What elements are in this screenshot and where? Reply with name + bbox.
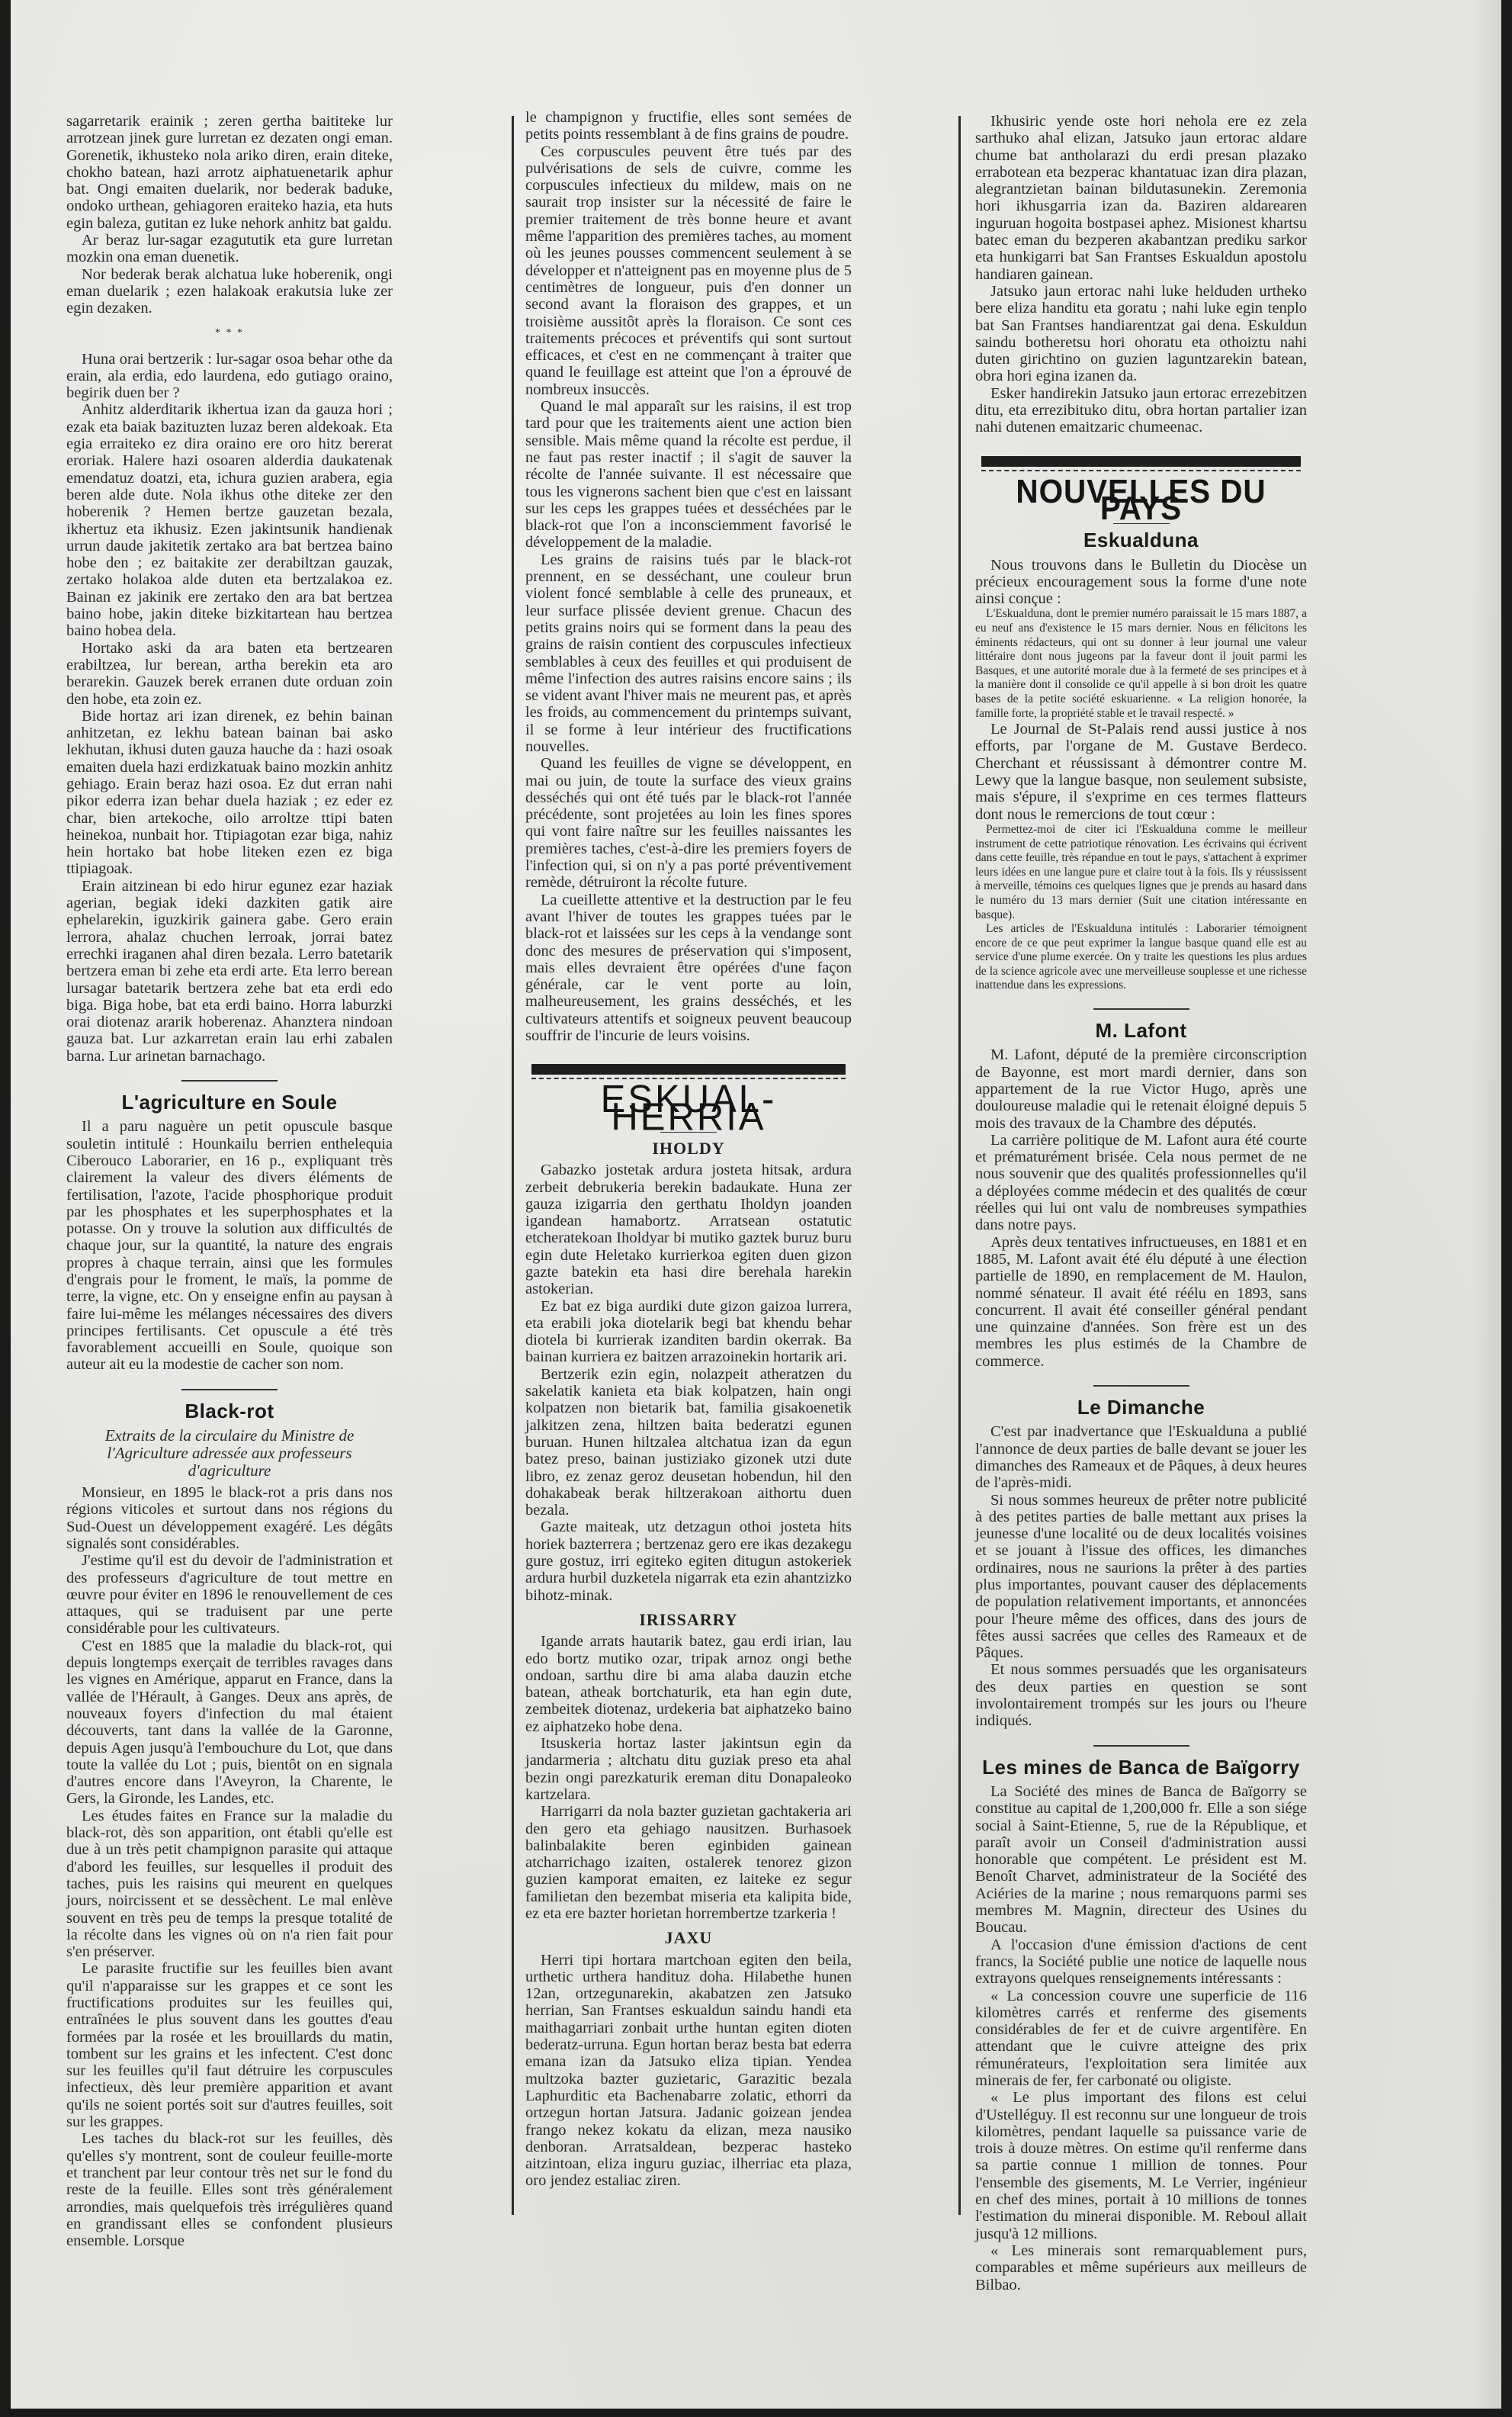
basque-potato-article-part1: sagarretarik erainik ; zeren gertha bait… (66, 113, 393, 317)
quoted-note: L'Eskualduna, dont le premier numéro par… (975, 607, 1307, 721)
paragraph: Nous trouvons dans le Bulletin du Diocès… (975, 557, 1307, 608)
column-3: Ikhusiric yende oste hori nehola ere ez … (975, 113, 1307, 2293)
paragraph: « Le plus important des filons est celui… (975, 2089, 1307, 2242)
paragraph: sagarretarik erainik ; zeren gertha bait… (66, 113, 393, 232)
place-heading-irissarry: IRISSARRY (525, 1612, 852, 1628)
article-title-agriculture: L'agriculture en Soule (66, 1094, 393, 1110)
paragraph: « Les minerais sont remarquablement purs… (975, 2242, 1307, 2293)
paragraph: Herri tipi hortara martchoan egiten den … (525, 1952, 852, 2190)
paragraph: Quand les feuilles de vigne se développe… (525, 755, 852, 891)
section-divider (181, 1389, 278, 1390)
paragraph: Si nous sommes heureux de prêter notre p… (975, 1492, 1307, 1662)
paragraph: Harrigarri da nola bazter guzietan gacht… (525, 1803, 852, 1922)
paragraph: Jatsuko jaun ertorac nahi luke helduden … (975, 283, 1307, 385)
section-banner-eskual-herria: ESKUAL-HERRIA (525, 1091, 852, 1127)
quoted-note: Les articles de l'Eskualduna intitulés :… (975, 922, 1307, 993)
paragraph: le champignon y fructifie, elles sont se… (525, 109, 852, 143)
section-divider (1093, 1008, 1189, 1010)
column-rule-right (958, 116, 961, 2215)
paragraph: Esker handirekin Jatsuko jaun ertorac er… (975, 385, 1307, 436)
article-title-blackrot: Black-rot (66, 1403, 393, 1419)
paragraph: Erain aitzinean bi edo hirur egunez ezar… (66, 878, 393, 1065)
page-edge-shadow (1471, 0, 1501, 2409)
section-banner-nouvelles-du-pays: NOUVELLES DU PAYS (988, 484, 1293, 518)
paragraph: Les grains de raisins tués par le black-… (525, 551, 852, 756)
paragraph: Anhitz alderditarik ikhertua izan da gau… (66, 401, 393, 639)
paragraph: Les taches du black-rot sur les feuilles… (66, 2130, 393, 2249)
paragraph: Nor bederak berak alchatua luke hobereni… (66, 266, 393, 317)
paragraph: « La concession couvre une superficie de… (975, 1988, 1307, 2090)
section-divider (1093, 1745, 1189, 1747)
basque-potato-article-part2: Huna orai bertzerik : lur-sagar osoa beh… (66, 351, 393, 1065)
paragraph: Gabazko jostetak ardura josteta hitsak, … (525, 1162, 852, 1297)
place-heading-jaxu: JAXU (525, 1930, 852, 1946)
paragraph: Itsuskeria hortaz laster jakintsun egin … (525, 1735, 852, 1803)
paragraph: Il a paru naguère un petit opuscule basq… (66, 1118, 393, 1373)
article-title-eskualduna: Eskualduna (975, 532, 1307, 548)
article-title-dimanche: Le Dimanche (975, 1399, 1307, 1416)
paragraph: Ces corpuscules peuvent être tués par de… (525, 143, 852, 398)
asterism-separator: * * * (66, 328, 393, 339)
paragraph: Les études faites en France sur la malad… (66, 1808, 393, 1961)
paragraph: Bide hortaz ari izan direnek, ez behin b… (66, 708, 393, 878)
paragraph: Huna orai bertzerik : lur-sagar osoa beh… (66, 351, 393, 402)
section-divider (1093, 1385, 1189, 1387)
newspaper-page: sagarretarik erainik ; zeren gertha bait… (11, 0, 1501, 2409)
paragraph: Quand le mal apparaît sur les raisins, i… (525, 398, 852, 551)
paragraph: Après deux tentatives infructueuses, en … (975, 1234, 1307, 1370)
paragraph: Ar beraz lur-sagar ezagututik eta gure l… (66, 232, 393, 266)
banner-bar (981, 456, 1301, 467)
section-divider (181, 1080, 278, 1082)
quoted-note: Permettez-moi de citer ici l'Eskualduna … (975, 823, 1307, 922)
banner-bar (531, 1064, 846, 1075)
paragraph: La cueillette attentive et la destructio… (525, 892, 852, 1045)
paragraph: A l'occasion d'une émission d'actions de… (975, 1936, 1307, 1988)
column-rule-left (512, 116, 514, 2215)
paragraph: Et nous sommes persuadés que les organis… (975, 1661, 1307, 1729)
paragraph: Gazte maiteak, utz detzagun othoi jostet… (525, 1519, 852, 1603)
article-title-lafont: M. Lafont (975, 1022, 1307, 1039)
column-2: le champignon y fructifie, elles sont se… (525, 109, 852, 2190)
paragraph: La carrière politique de M. Lafont aura … (975, 1132, 1307, 1234)
column-1: sagarretarik erainik ; zeren gertha bait… (66, 113, 393, 2249)
paragraph: Ez bat ez biga aurdiki dute gizon gaizoa… (525, 1298, 852, 1366)
paragraph: Ikhusiric yende oste hori nehola ere ez … (975, 113, 1307, 283)
paragraph: Monsieur, en 1895 le black-rot a pris da… (66, 1484, 393, 1552)
paragraph: Le parasite fructifie sur les feuilles b… (66, 1960, 393, 2130)
paragraph: Igande arrats hautarik batez, gau erdi i… (525, 1633, 852, 1735)
paragraph: Hortako aski da ara baten eta bertzearen… (66, 640, 393, 708)
article-title-mines: Les mines de Banca de Baïgorry (975, 1759, 1307, 1776)
paragraph: C'est par inadvertance que l'Eskualduna … (975, 1423, 1307, 1491)
paragraph: Le Journal de St-Palais rend aussi justi… (975, 721, 1307, 823)
paragraph: M. Lafont, député de la première circons… (975, 1046, 1307, 1131)
paragraph: La Société des mines de Banca de Baïgorr… (975, 1783, 1307, 1936)
paragraph: Bertzerik ezin egin, nolazpeit atheratze… (525, 1366, 852, 1519)
article-subtitle-blackrot: Extraits de la circulaire du Ministre de… (66, 1427, 393, 1480)
paragraph: J'estime qu'il est du devoir de l'admini… (66, 1552, 393, 1637)
place-heading-iholdy: IHOLDY (525, 1140, 852, 1157)
paragraph: C'est en 1885 que la maladie du black-ro… (66, 1638, 393, 1808)
